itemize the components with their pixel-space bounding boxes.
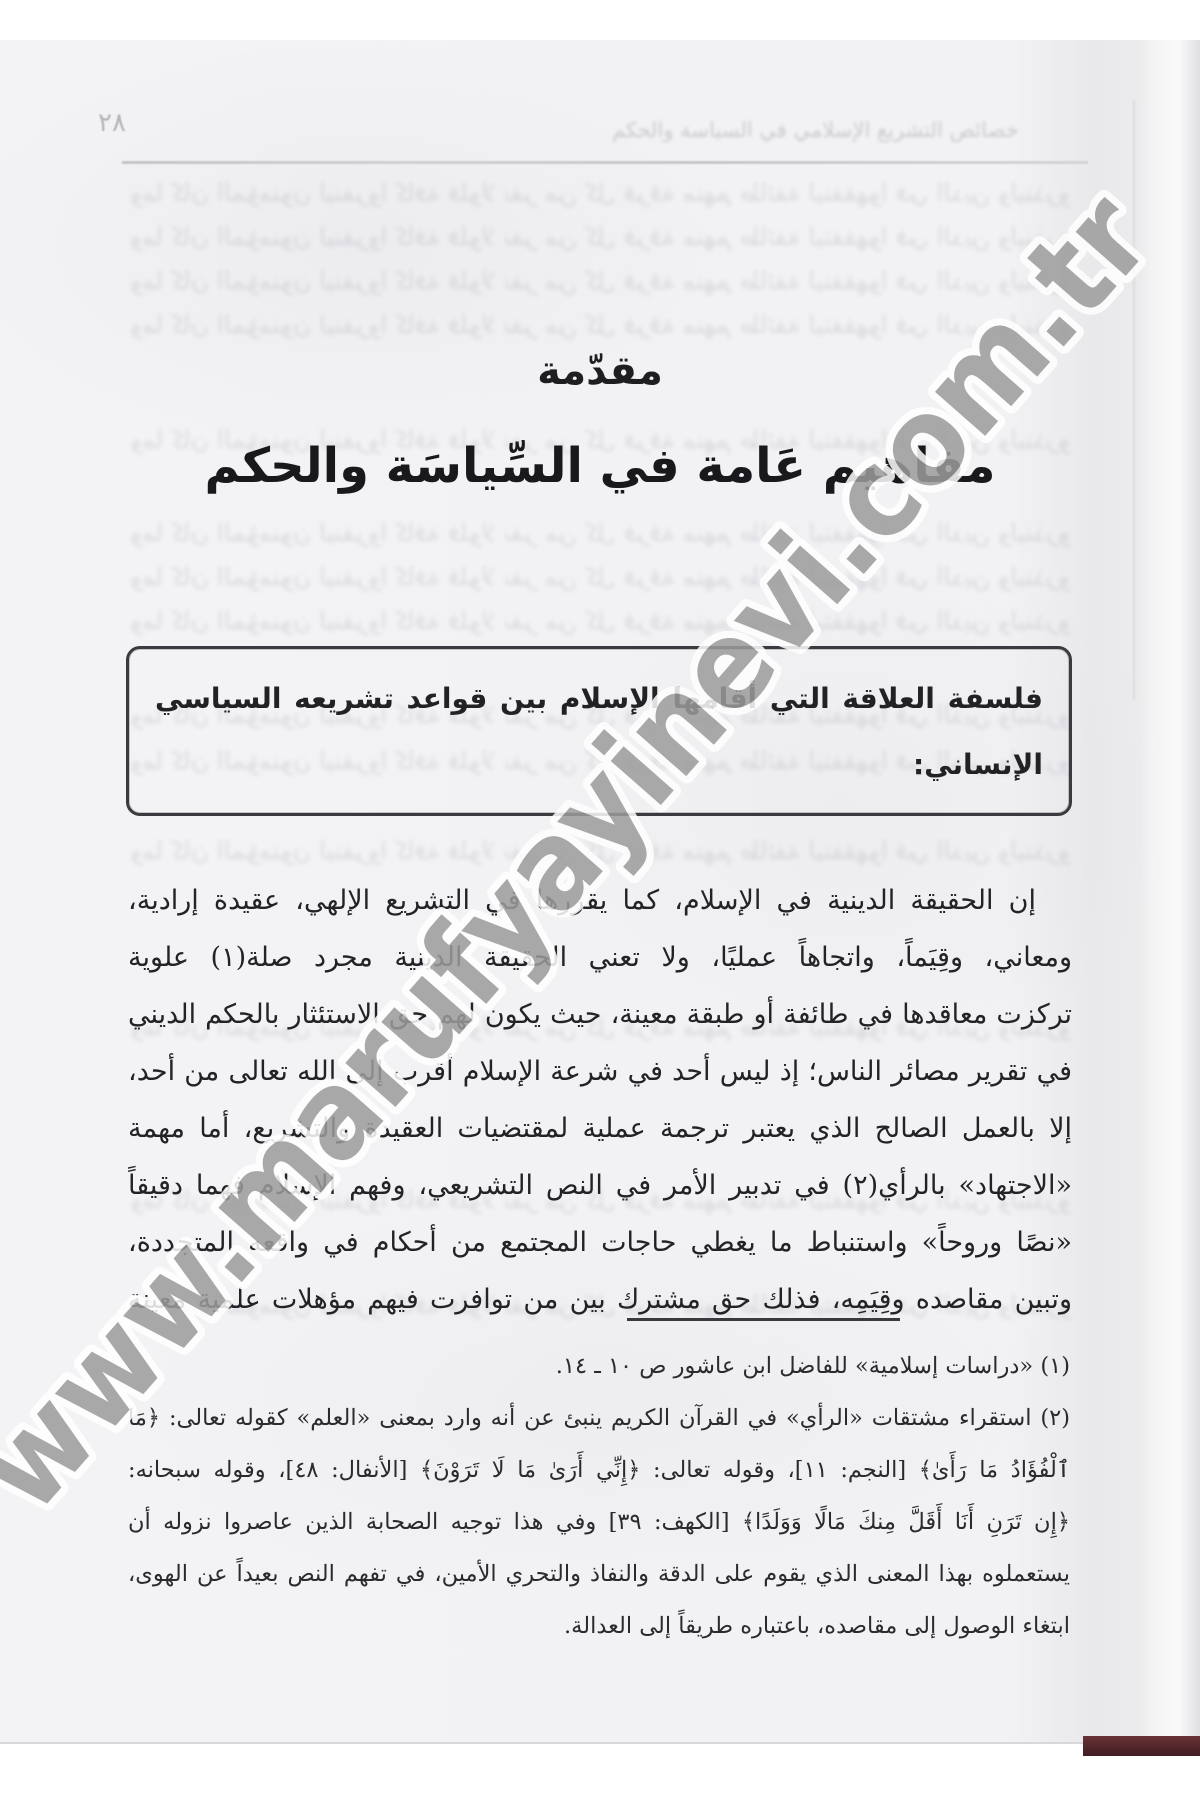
chapter-subtitle: مفاهيم عَامة في السِّياسَة والحكم bbox=[0, 438, 1200, 494]
ghost-text-line: وما كان المؤمنون لينفروا كافة فلولا نفر … bbox=[130, 606, 1070, 640]
footnote-line: ﴿إِن تَرَنِ أَنَا أَقَلَّ مِنكَ مَالًا و… bbox=[128, 1496, 1070, 1548]
body-text-line: إن الحقيقة الدينية في الإسلام، كما يقرره… bbox=[128, 872, 1072, 929]
scanned-book-page: وما كان المؤمنون لينفروا كافة فلولا نفر … bbox=[0, 40, 1200, 1744]
page-crease-line bbox=[1133, 100, 1135, 700]
ghost-text-line: وما كان المؤمنون لينفروا كافة فلولا نفر … bbox=[130, 562, 1070, 596]
ghost-text-line: وما كان المؤمنون لينفروا كافة فلولا نفر … bbox=[130, 836, 1070, 870]
chapter-title: مقدّمة bbox=[0, 348, 1200, 394]
body-text-line: ومعاني، وقِيَماً، واتجاهاً عمليًا، ولا ت… bbox=[128, 929, 1072, 986]
body-text-line: تركزت معاقدها في طائفة أو طبقة معينة، حي… bbox=[128, 986, 1072, 1043]
header-rule bbox=[122, 161, 1088, 164]
body-text-line: «نصًا وروحاً» واستنباط ما يغطي حاجات الم… bbox=[128, 1214, 1072, 1271]
page-number: ٢٨ bbox=[98, 108, 126, 138]
ghost-text-line: وما كان المؤمنون لينفروا كافة فلولا نفر … bbox=[130, 518, 1070, 552]
footnote-separator bbox=[627, 1318, 900, 1321]
running-header-faded: خصائص التشريع الإسلامي في السياسة والحكم bbox=[612, 118, 1072, 142]
ghost-text-line: وما كان المؤمنون لينفروا كافة فلولا نفر … bbox=[130, 178, 1070, 212]
body-text-line: وتبين مقاصده وقِيَمِه، فذلك حق مشترك بين… bbox=[128, 1271, 1072, 1328]
book-binding-edge bbox=[1083, 1736, 1200, 1756]
boxed-section-heading: فلسفة العلاقة التي أقامها الإسلام بين قو… bbox=[126, 646, 1072, 816]
footnotes-block: (١) «دراسات إسلامية» للفاضل ابن عاشور ص … bbox=[128, 1340, 1070, 1652]
body-paragraph: إن الحقيقة الدينية في الإسلام، كما يقرره… bbox=[128, 872, 1072, 1328]
body-text-line: إلا بالعمل الصالح الذي يعتبر ترجمة عملية… bbox=[128, 1100, 1072, 1157]
body-text-line: «الاجتهاد» بالرأي(٢) في تدبير الأمر في ا… bbox=[128, 1157, 1072, 1214]
footnote-line: ٱلْفُؤَادُ مَا رَأَىٰ﴾ [النجم: ١١]، وقول… bbox=[128, 1444, 1070, 1496]
boxed-heading-line-2: الإنساني: bbox=[155, 747, 1043, 783]
boxed-heading-line-1: فلسفة العلاقة التي أقامها الإسلام بين قو… bbox=[155, 679, 1043, 725]
footnote-line: (٢) استقراء مشتقات «الرأي» في القرآن الك… bbox=[128, 1392, 1070, 1444]
ghost-text-line: وما كان المؤمنون لينفروا كافة فلولا نفر … bbox=[130, 222, 1070, 256]
ghost-text-line: وما كان المؤمنون لينفروا كافة فلولا نفر … bbox=[130, 266, 1070, 300]
footnote-line: يستعملوه بهذا المعنى الذي يقوم على الدقة… bbox=[128, 1548, 1070, 1600]
ghost-text-line: وما كان المؤمنون لينفروا كافة فلولا نفر … bbox=[130, 310, 1070, 344]
footnote-2: (٢) استقراء مشتقات «الرأي» في القرآن الك… bbox=[128, 1392, 1070, 1652]
footnote-1: (١) «دراسات إسلامية» للفاضل ابن عاشور ص … bbox=[128, 1340, 1070, 1392]
footnote-line: ابتغاء الوصول إلى مقاصده، باعتباره طريقا… bbox=[128, 1600, 1070, 1652]
body-text-line: في تقرير مصائر الناس؛ إذ ليس أحد في شرعة… bbox=[128, 1043, 1072, 1100]
